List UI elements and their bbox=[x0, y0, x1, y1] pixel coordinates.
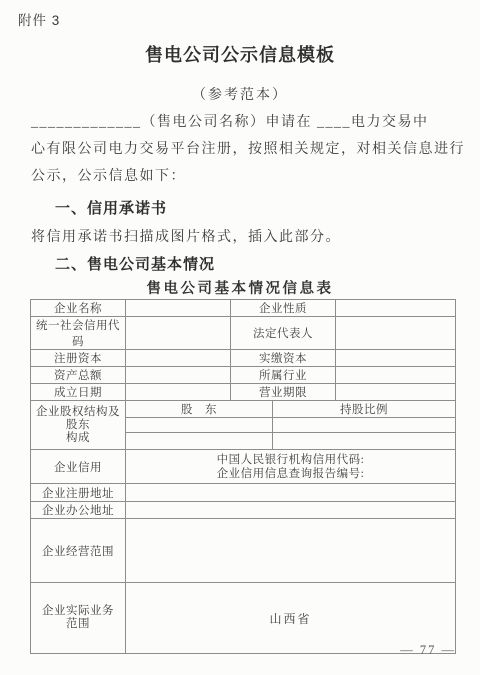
label-social-credit-code: 统一社会信用代码 bbox=[31, 317, 126, 350]
label-shareholder-structure: 企业股权结构及股东 构成 bbox=[31, 401, 126, 450]
value-business-scope bbox=[126, 519, 456, 583]
label-company-name: 企业名称 bbox=[31, 300, 126, 317]
company-info-table: 企业名称 企业性质 统一社会信用代码 法定代表人 注册资本 实缴资本 资产总额 … bbox=[30, 299, 456, 654]
value-ratio-1 bbox=[273, 418, 456, 433]
value-social-credit-code bbox=[126, 317, 231, 350]
table-row-business-scope: 企业经营范围 bbox=[31, 519, 456, 583]
label-actual-business-scope: 企业实际业务 范围 bbox=[31, 583, 126, 654]
section1-body: 将信用承诺书扫描成图片格式，插入此部分。 bbox=[31, 226, 341, 246]
value-shareholder-1 bbox=[126, 418, 273, 433]
value-registered-capital bbox=[126, 350, 231, 367]
table-row-registered-address: 企业注册地址 bbox=[31, 484, 456, 502]
table-row-registered-capital: 注册资本 实缴资本 bbox=[31, 350, 456, 367]
paragraph-line-1: _____________（售电公司名称）申请在 ____电力交易中 bbox=[31, 109, 457, 136]
label-business-term: 营业期限 bbox=[231, 384, 336, 401]
table-row-actual-business-scope: 企业实际业务 范围 山西省 bbox=[31, 583, 456, 654]
value-company-nature bbox=[336, 300, 456, 317]
value-legal-representative bbox=[336, 317, 456, 350]
label-shareholder-structure-line2: 构成 bbox=[31, 432, 125, 445]
label-shareholder-structure-line1: 企业股权结构及股东 bbox=[31, 406, 125, 432]
value-enterprise-credit: 中国人民银行机构信用代码: 企业信用信息查询报告编号: bbox=[126, 450, 456, 484]
value-office-address bbox=[126, 502, 456, 519]
page-number: — 77 — bbox=[400, 643, 456, 658]
table-row-shareholder-header: 企业股权结构及股东 构成 股 东 持股比例 bbox=[31, 401, 456, 418]
subtitle: （参考范本） bbox=[0, 84, 480, 104]
table-row-credit-code: 统一社会信用代码 法定代表人 bbox=[31, 317, 456, 350]
label-total-assets: 资产总额 bbox=[31, 367, 126, 384]
value-ratio-2 bbox=[273, 433, 456, 450]
value-shareholder-2 bbox=[126, 433, 273, 450]
header-shareholder: 股 东 bbox=[126, 401, 273, 418]
value-registered-address bbox=[126, 484, 456, 502]
table-row-company-name: 企业名称 企业性质 bbox=[31, 300, 456, 317]
credit-line-1: 中国人民银行机构信用代码: bbox=[126, 453, 455, 467]
label-registered-address: 企业注册地址 bbox=[31, 484, 126, 502]
label-enterprise-credit: 企业信用 bbox=[31, 450, 126, 484]
label-paid-in-capital: 实缴资本 bbox=[231, 350, 336, 367]
header-shareholding-ratio: 持股比例 bbox=[273, 401, 456, 418]
table-row-enterprise-credit: 企业信用 中国人民银行机构信用代码: 企业信用信息查询报告编号: bbox=[31, 450, 456, 484]
label-founding-date: 成立日期 bbox=[31, 384, 126, 401]
label-legal-representative: 法定代表人 bbox=[231, 317, 336, 350]
label-business-scope: 企业经营范围 bbox=[31, 519, 126, 583]
value-business-term bbox=[336, 384, 456, 401]
section2-heading: 二、售电公司基本情况 bbox=[55, 253, 215, 274]
attachment-label: 附件 3 bbox=[18, 9, 60, 29]
table-row-founding-date: 成立日期 营业期限 bbox=[31, 384, 456, 401]
document-page: 附件 3 售电公司公示信息模板 （参考范本） _____________（售电公… bbox=[0, 0, 480, 675]
label-company-nature: 企业性质 bbox=[231, 300, 336, 317]
credit-line-2: 企业信用信息查询报告编号: bbox=[126, 467, 455, 481]
label-actual-business-scope-line1: 企业实际业务 bbox=[31, 605, 125, 618]
intro-paragraph: _____________（售电公司名称）申请在 ____电力交易中 心有限公司… bbox=[31, 109, 457, 190]
value-industry bbox=[336, 367, 456, 384]
section1-heading: 一、信用承诺书 bbox=[55, 197, 167, 218]
value-total-assets bbox=[126, 367, 231, 384]
paragraph-line-2: 心有限公司电力交易平台注册，按照相关规定，对相关信息进行 bbox=[31, 136, 457, 163]
table-row-total-assets: 资产总额 所属行业 bbox=[31, 367, 456, 384]
paragraph-line-3: 公示，公示信息如下： bbox=[31, 163, 457, 190]
value-founding-date bbox=[126, 384, 231, 401]
value-company-name bbox=[126, 300, 231, 317]
label-office-address: 企业办公地址 bbox=[31, 502, 126, 519]
table-caption: 售电公司基本情况信息表 bbox=[0, 277, 480, 298]
label-registered-capital: 注册资本 bbox=[31, 350, 126, 367]
page-title: 售电公司公示信息模板 bbox=[0, 41, 480, 67]
label-industry: 所属行业 bbox=[231, 367, 336, 384]
value-paid-in-capital bbox=[336, 350, 456, 367]
label-actual-business-scope-line2: 范围 bbox=[31, 618, 125, 631]
table-row-office-address: 企业办公地址 bbox=[31, 502, 456, 519]
